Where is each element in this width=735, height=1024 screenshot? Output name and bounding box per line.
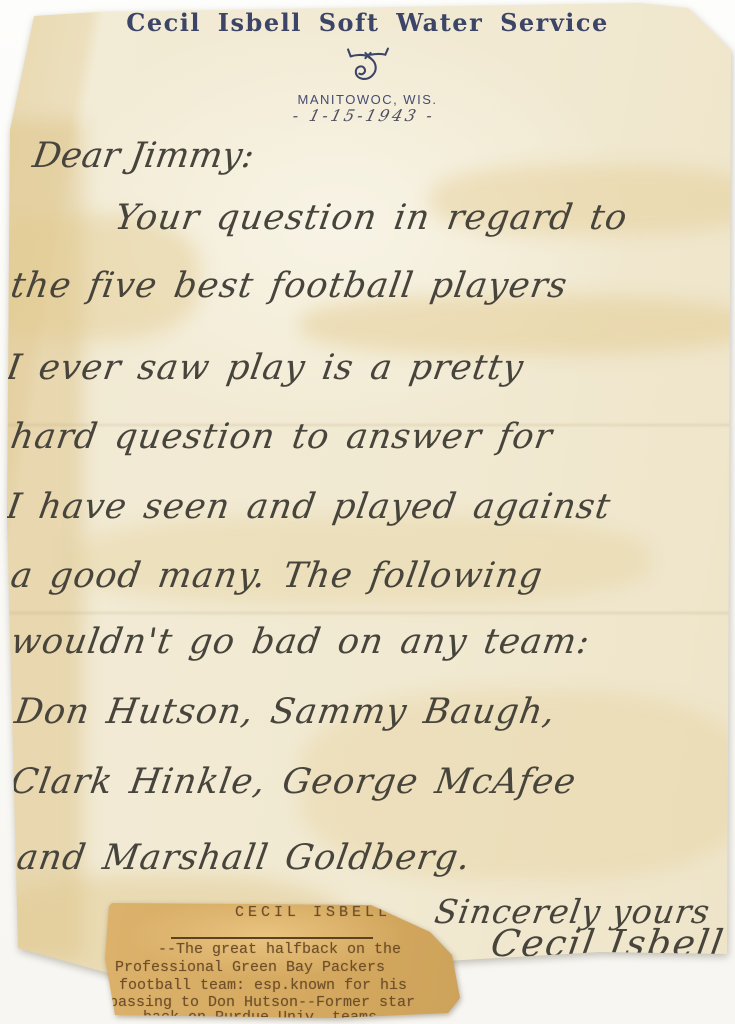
news-clipping-shadow: CECIL ISBELL --The great halfback on the… [0, 0, 735, 1024]
clipping-title: CECIL ISBELL [235, 904, 391, 921]
clipping-underline [171, 937, 373, 939]
clipping-line: Professional Green Bay Packers [115, 959, 385, 976]
news-clipping: CECIL ISBELL --The great halfback on the… [103, 898, 465, 1024]
clipping-line: football team: esp.known for his [119, 977, 407, 994]
clipping-line: --The great halfback on the [158, 941, 401, 958]
scanned-letter-page: Cecil Isbell Soft Water Service MANITOWO… [0, 0, 735, 1024]
clipping-line: back on Purdue Univ. teams-- [143, 1009, 395, 1024]
